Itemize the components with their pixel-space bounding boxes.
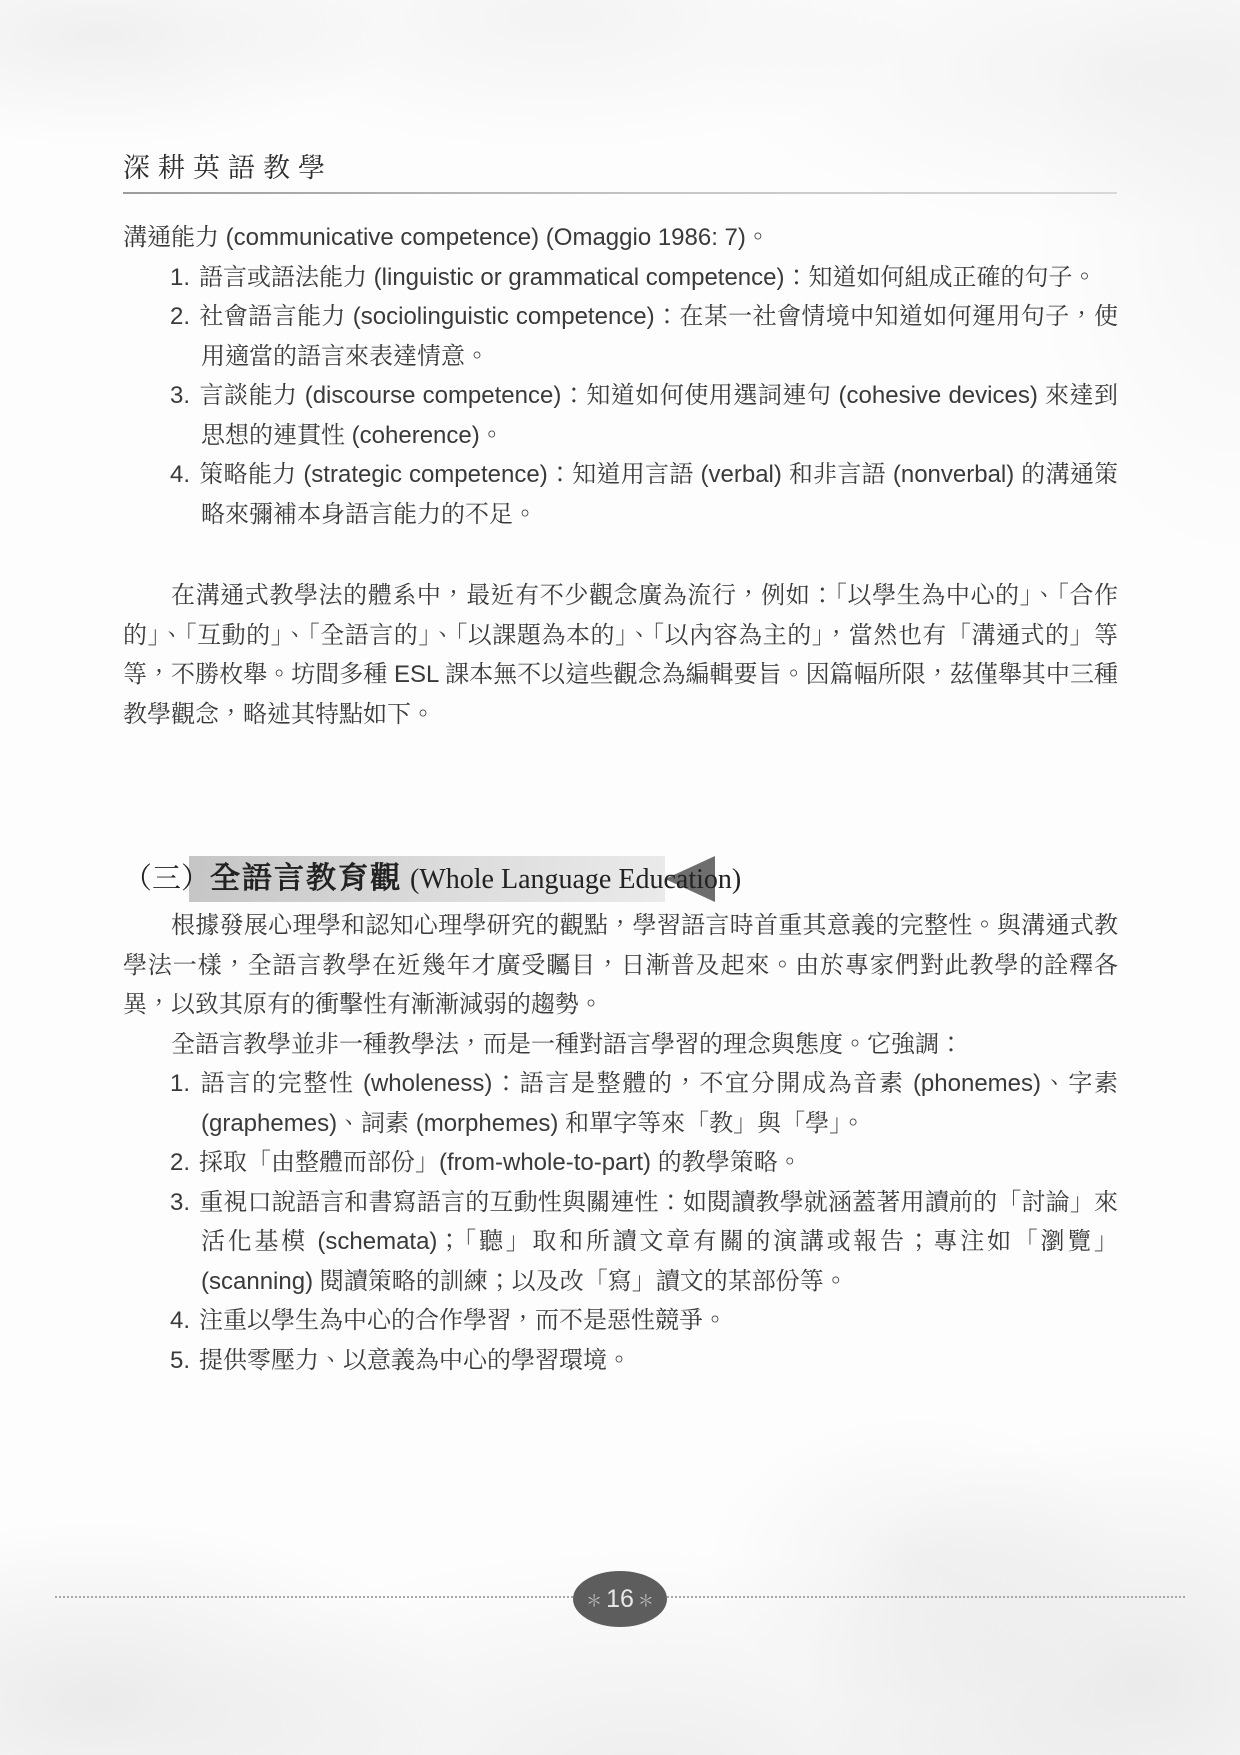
item-number: 5. [170, 1347, 190, 1374]
paragraph-esl: 在溝通式教學法的體系中，最近有不少觀念廣為流行，例如：「以學生為中心的」、「合作… [123, 576, 1118, 734]
item-text: 社會語言能力 (sociolinguistic competence)：在某一社… [199, 303, 1118, 370]
item-number: 1. [170, 1070, 190, 1097]
list-item: 4.策略能力 (strategic competence)：知道用言語 (ver… [201, 455, 1118, 534]
asterisk-icon: ＊ [638, 1588, 654, 1611]
item-text: 重視口說語言和書寫語言的互動性與關連性：如閱讀教學就涵蓋著用讀前的「討論」來活化… [199, 1189, 1118, 1295]
item-number: 3. [170, 382, 190, 409]
item-number: 2. [170, 1149, 190, 1176]
item-text: 言談能力 (discourse competence)：知道如何使用選詞連句 (… [199, 382, 1118, 449]
list-item: 3.重視口說語言和書寫語言的互動性與關連性：如閱讀教學就涵蓋著用讀前的「討論」來… [201, 1183, 1118, 1302]
item-number: 4. [170, 461, 190, 488]
list-item: 2.採取「由整體而部份」(from-whole-to-part) 的教學策略。 [201, 1143, 1118, 1183]
page-content: 溝通能力 (communicative competence) (Omaggio… [123, 218, 1118, 1380]
item-number: 4. [170, 1307, 190, 1334]
list-item: 3.言談能力 (discourse competence)：知道如何使用選詞連句… [201, 376, 1118, 455]
section-title-zh: 全語言教育觀 [210, 862, 402, 895]
document-page: 深耕英語教學 溝通能力 (communicative competence) (… [0, 0, 1240, 1755]
item-text: 提供零壓力、以意義為中心的學習環境。 [199, 1347, 631, 1374]
list-item: 2.社會語言能力 (sociolinguistic competence)：在某… [201, 297, 1118, 376]
list-item: 5.提供零壓力、以意義為中心的學習環境。 [201, 1341, 1118, 1381]
book-title: 深耕英語教學 [123, 146, 1117, 185]
paragraph-whole-language-2: 全語言教學並非一種教學法，而是一種對語言學習的理念與態度。它強調： [123, 1025, 1118, 1065]
list-item: 1.語言的完整性 (wholeness)：語言是整體的，不宜分開成為音素 (ph… [201, 1064, 1118, 1143]
header-divider [123, 192, 1117, 194]
list-item: 1.語言或語法能力 (linguistic or grammatical com… [201, 258, 1118, 298]
page-header: 深耕英語教學 [123, 146, 1117, 194]
item-text: 策略能力 (strategic competence)：知道用言語 (verba… [199, 461, 1118, 528]
competence-list: 1.語言或語法能力 (linguistic or grammatical com… [123, 258, 1118, 535]
asterisk-icon: ＊ [586, 1588, 602, 1611]
section-heading: （三）全語言教育觀(Whole Language Education) [123, 856, 1118, 902]
whole-language-list: 1.語言的完整性 (wholeness)：語言是整體的，不宜分開成為音素 (ph… [123, 1064, 1118, 1380]
section-heading-text: （三）全語言教育觀(Whole Language Education) [123, 856, 1118, 904]
item-number: 1. [170, 264, 190, 291]
section-number: （三） [123, 863, 210, 895]
item-number: 3. [170, 1189, 190, 1216]
paragraph-whole-language-1: 根據發展心理學和認知心理學研究的觀點，學習語言時首重其意義的完整性。與溝通式教學… [123, 906, 1118, 1025]
intro-line: 溝通能力 (communicative competence) (Omaggio… [123, 218, 1118, 258]
item-text: 語言或語法能力 (linguistic or grammatical compe… [199, 264, 1096, 291]
section-title-en: (Whole Language Education) [410, 864, 741, 895]
item-text: 採取「由整體而部份」(from-whole-to-part) 的教學策略。 [199, 1149, 802, 1176]
item-text: 注重以學生為中心的合作學習，而不是惡性競爭。 [199, 1307, 727, 1334]
page-number-badge: ＊16＊ [573, 1571, 667, 1627]
list-item: 4.注重以學生為中心的合作學習，而不是惡性競爭。 [201, 1301, 1118, 1341]
item-number: 2. [170, 303, 190, 330]
item-text: 語言的完整性 (wholeness)：語言是整體的，不宜分開成為音素 (phon… [199, 1070, 1118, 1137]
page-number: 16 [606, 1585, 634, 1614]
